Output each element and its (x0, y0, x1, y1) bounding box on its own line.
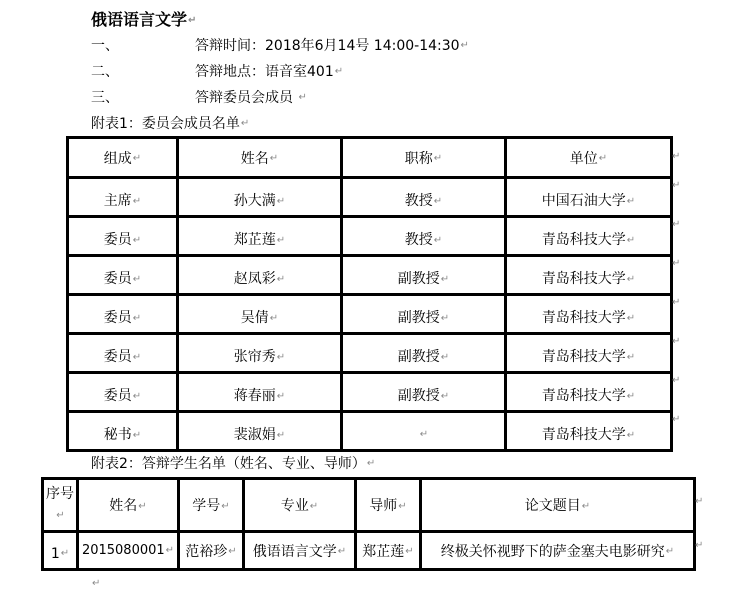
student-table: 序号↵ 姓名↵ 学号↵ 专业↵ 导师↵ 论文题目↵ 1↵ 2015080001↵… (41, 477, 696, 571)
cell-thesis-title: 终极关怀视野下的萨金塞夫电影研究↵ (421, 532, 695, 570)
document-title: 俄语语言文学↵ (91, 9, 196, 32)
cell-student-id: 范裕珍↵ (179, 532, 244, 570)
cell-title: 教授↵ (342, 217, 506, 256)
item-number: 一、 (91, 36, 195, 56)
defense-time-line: 一、答辩时间：2018年6月14号 14:00-14:30↵ (91, 36, 469, 56)
table-row: 委员↵ 张帘秀↵ 副教授↵ 青岛科技大学↵ (68, 334, 672, 373)
cell-role: 委员↵ (68, 217, 178, 256)
cell-name: 裴淑娟↵ (178, 412, 342, 451)
item-number: 三、 (91, 88, 195, 108)
cell-name: 张帘秀↵ (178, 334, 342, 373)
cell-affiliation: 青岛科技大学↵ (506, 373, 672, 412)
cell-role: 委员↵ (68, 295, 178, 334)
committee-members-line: 三、答辩委员会成员 ↵ (91, 88, 307, 108)
table-header-row: 序号↵ 姓名↵ 学号↵ 专业↵ 导师↵ 论文题目↵ (43, 479, 695, 532)
defense-location-text: 答辩地点：语音室401 (195, 64, 334, 80)
header-cell-index: 序号↵ (43, 479, 78, 532)
table-row: 委员↵ 吴倩↵ 副教授↵ 青岛科技大学↵ (68, 295, 672, 334)
header-cell-thesis-title: 论文题目↵ (421, 479, 695, 532)
table-row: 秘书↵ 裴淑娟↵ ↵ 青岛科技大学↵ (68, 412, 672, 451)
row-end-mark-icon: ↵ (695, 496, 703, 507)
row-end-mark-icon: ↵ (672, 414, 680, 425)
cell-advisor: 郑芷莲↵ (356, 532, 421, 570)
paragraph-mark-icon: ↵ (188, 15, 196, 26)
committee-table: 组成↵ 姓名↵ 职称↵ 单位↵ 主席↵ 孙大满↵ 教授↵ 中国石油大学↵ 委员↵… (66, 136, 673, 452)
cell-title: ↵ (342, 412, 506, 451)
table-row: 1↵ 2015080001↵ 范裕珍↵ 俄语语言文学↵ 郑芷莲↵ 终极关怀视野下… (43, 532, 695, 570)
cell-role: 委员↵ (68, 334, 178, 373)
paragraph-mark-icon: ↵ (92, 578, 100, 589)
cell-major: 俄语语言文学↵ (244, 532, 356, 570)
cell-role: 秘书↵ (68, 412, 178, 451)
row-end-mark-icon: ↵ (672, 375, 680, 386)
header-cell-name: 姓名↵ (78, 479, 179, 532)
table-row: 主席↵ 孙大满↵ 教授↵ 中国石油大学↵ (68, 178, 672, 217)
cell-affiliation: 青岛科技大学↵ (506, 217, 672, 256)
cell-affiliation: 青岛科技大学↵ (506, 334, 672, 373)
header-cell-student-id: 学号↵ (179, 479, 244, 532)
cell-role: 委员↵ (68, 373, 178, 412)
row-end-mark-icon: ↵ (672, 180, 680, 191)
document-title-text: 俄语语言文学 (91, 10, 187, 29)
cell-affiliation: 青岛科技大学↵ (506, 295, 672, 334)
cell-title: 教授↵ (342, 178, 506, 217)
cell-name: 郑芷莲↵ (178, 217, 342, 256)
table-row: 委员↵ 蒋春丽↵ 副教授↵ 青岛科技大学↵ (68, 373, 672, 412)
cell-affiliation: 中国石油大学↵ (506, 178, 672, 217)
committee-caption-text: 附表1：委员会成员名单 (91, 116, 240, 132)
student-table-caption: 附表2：答辩学生名单（姓名、专业、导师）↵ (91, 454, 375, 474)
header-cell-title: 职称↵ (342, 138, 506, 178)
row-end-mark-icon: ↵ (672, 258, 680, 269)
student-caption-text: 附表2：答辩学生名单（姓名、专业、导师） (91, 456, 366, 472)
cell-name: 蒋春丽↵ (178, 373, 342, 412)
row-end-mark-icon: ↵ (695, 540, 703, 551)
table-row: 委员↵ 赵凤彩↵ 副教授↵ 青岛科技大学↵ (68, 256, 672, 295)
cell-name: 2015080001↵ (78, 532, 179, 570)
cell-title: 副教授↵ (342, 295, 506, 334)
cell-affiliation: 青岛科技大学↵ (506, 256, 672, 295)
paragraph-mark-icon: ↵ (461, 40, 469, 51)
defense-time-text: 答辩时间：2018年6月14号 14:00-14:30 (195, 38, 460, 54)
paragraph-mark-icon: ↵ (335, 66, 343, 77)
table-header-row: 组成↵ 姓名↵ 职称↵ 单位↵ (68, 138, 672, 178)
cell-index: 1↵ (43, 532, 78, 570)
paragraph-mark-icon: ↵ (241, 118, 249, 129)
row-end-mark-icon: ↵ (672, 151, 680, 162)
paragraph-mark-icon: ↵ (298, 92, 306, 103)
row-end-mark-icon: ↵ (672, 336, 680, 347)
cell-title: 副教授↵ (342, 334, 506, 373)
header-cell-role: 组成↵ (68, 138, 178, 178)
cell-role: 委员↵ (68, 256, 178, 295)
table-row: 委员↵ 郑芷莲↵ 教授↵ 青岛科技大学↵ (68, 217, 672, 256)
cell-title: 副教授↵ (342, 373, 506, 412)
cell-affiliation: 青岛科技大学↵ (506, 412, 672, 451)
item-number: 二、 (91, 62, 195, 82)
cell-role: 主席↵ (68, 178, 178, 217)
header-cell-affiliation: 单位↵ (506, 138, 672, 178)
row-end-mark-icon: ↵ (672, 297, 680, 308)
header-cell-advisor: 导师↵ (356, 479, 421, 532)
cell-title: 副教授↵ (342, 256, 506, 295)
header-cell-name: 姓名↵ (178, 138, 342, 178)
cell-name: 赵凤彩↵ (178, 256, 342, 295)
defense-location-line: 二、答辩地点：语音室401↵ (91, 62, 343, 82)
cell-name: 吴倩↵ (178, 295, 342, 334)
cell-name: 孙大满↵ (178, 178, 342, 217)
committee-table-caption: 附表1：委员会成员名单↵ (91, 114, 249, 134)
header-cell-major: 专业↵ (244, 479, 356, 532)
paragraph-mark-icon: ↵ (367, 458, 375, 469)
committee-members-text: 答辩委员会成员 (195, 90, 297, 106)
row-end-mark-icon: ↵ (672, 219, 680, 230)
